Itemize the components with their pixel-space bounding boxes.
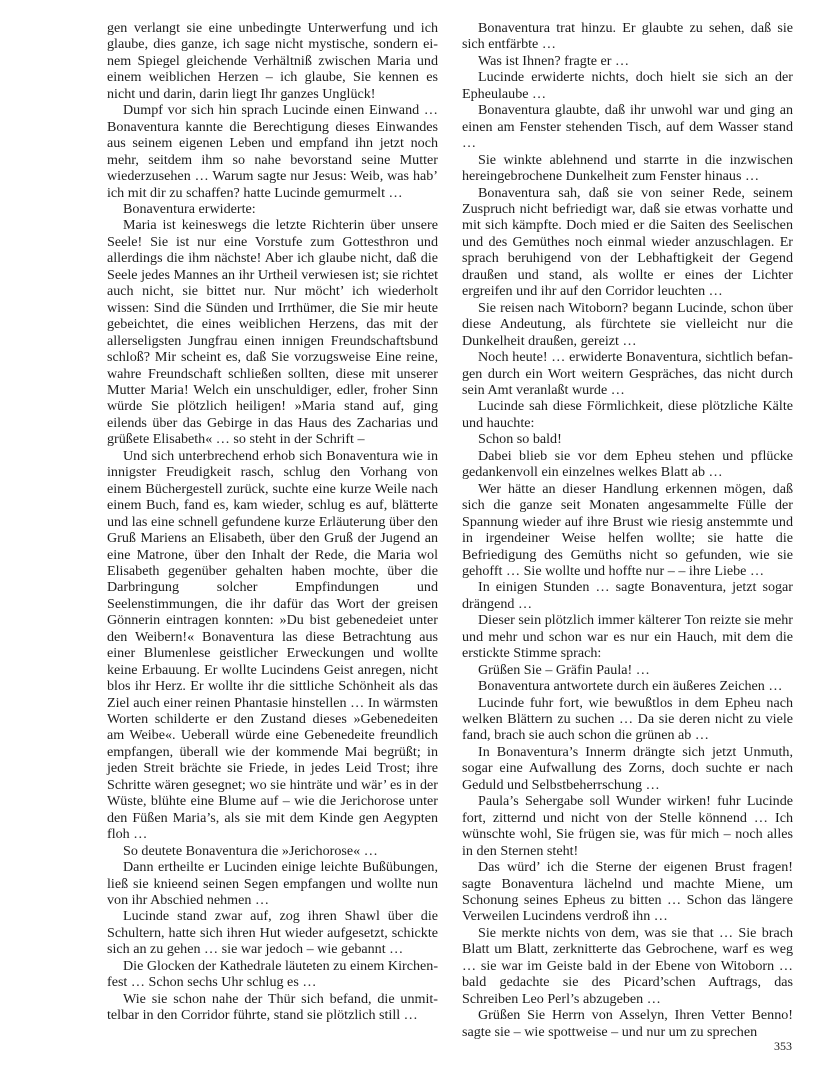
paragraph: Lucinde fuhr fort, wie bewußtlos in dem … [462,695,793,744]
paragraph: Sie merkte nichts von dem, was sie that … [462,925,793,1007]
right-text-column: Bonaventura trat hinzu. Er glaubte zu se… [462,20,793,1040]
paragraph: Was ist Ihnen? fragte er … [462,53,793,69]
paragraph: Wie sie schon nahe der Thür sich befand,… [107,991,438,1024]
paragraph: Wer hätte an dieser Handlung erkennen mö… [462,481,793,580]
left-text-column: gen verlangt sie eine unbedingte Unterwe… [107,20,438,1024]
paragraph: Grüßen Sie – Gräfin Paula! … [462,662,793,678]
paragraph: Sie winkte ablehnend und starrte in die … [462,152,793,185]
paragraph: Paula’s Sehergabe soll Wunder wirken! fu… [462,793,793,859]
paragraph: Bonaventura erwiderte: [107,201,438,217]
paragraph: Maria ist keineswegs die letzte Richteri… [107,217,438,447]
paragraph: In einigen Stunden … sagte Bonaventura, … [462,579,793,612]
paragraph: gen verlangt sie eine unbedingte Unterwe… [107,20,438,102]
paragraph: Das würd’ ich die Sterne der eigenen Bru… [462,859,793,925]
paragraph: Sie reisen nach Witoborn? begann Lucinde… [462,300,793,349]
paragraph: So deutete Bonaventura die »Jerichorose«… [107,843,438,859]
paragraph: Bonaventura trat hinzu. Er glaubte zu se… [462,20,793,53]
paragraph: Die Glocken der Kathedrale läuteten zu e… [107,958,438,991]
paragraph: Bonaventura sah, daß sie von seiner Rede… [462,185,793,300]
book-page: gen verlangt sie eine unbedingte Unterwe… [0,0,819,1065]
paragraph: Dieser sein plötzlich immer kälterer Ton… [462,612,793,661]
paragraph: Schon so bald! [462,431,793,447]
paragraph: Dumpf vor sich hin sprach Lucinde einen … [107,102,438,201]
paragraph: Noch heute! … erwiderte Bonaventura, sic… [462,349,793,398]
page-number: 353 [760,1039,792,1054]
paragraph: Dann ertheilte er Lucinden einige leicht… [107,859,438,908]
paragraph: Und sich unterbrechend erhob sich Bonave… [107,448,438,843]
paragraph: Lucinde stand zwar auf, zog ihren Shawl … [107,908,438,957]
paragraph: In Bonaventura’s Innerm drängte sich jet… [462,744,793,793]
paragraph: Bonaventura glaubte, daß ihr unwohl war … [462,102,793,151]
paragraph: Bonaventura antwortete durch ein äußeres… [462,678,793,694]
paragraph: Grüßen Sie Herrn von Asselyn, Ihren Vett… [462,1007,793,1040]
paragraph: Lucinde sah diese Förmlichkeit, diese pl… [462,398,793,431]
paragraph: Dabei blieb sie vor dem Epheu stehen und… [462,448,793,481]
paragraph: Lucinde erwiderte nichts, doch hielt sie… [462,69,793,102]
